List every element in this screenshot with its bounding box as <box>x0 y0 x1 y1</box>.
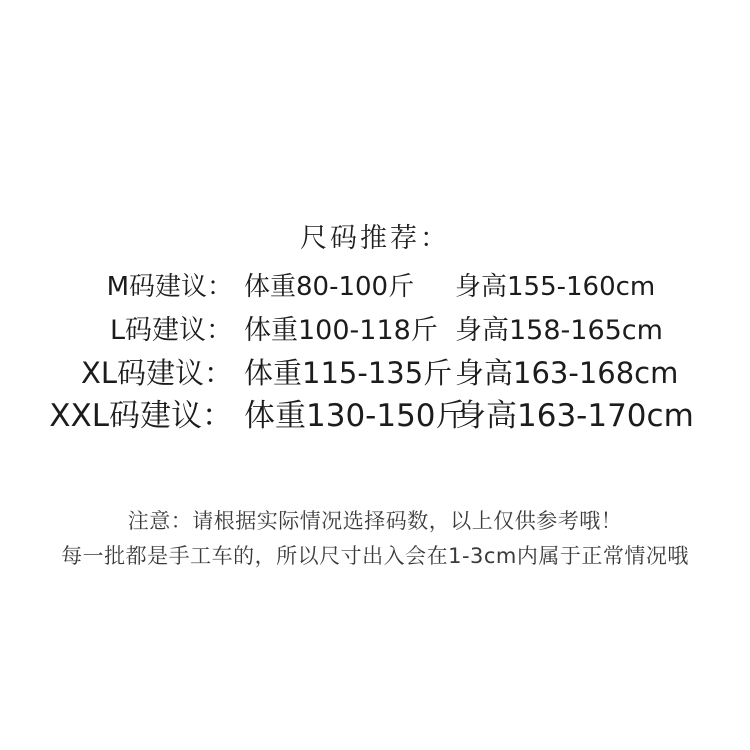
size-chart-image: 尺码推荐： M码建议： 体重80-100斤 身高155-160cm L码建议： … <box>0 0 750 750</box>
size-row-m: M码建议： 体重80-100斤 身高155-160cm <box>0 266 750 309</box>
weight-range: 体重115-135斤 <box>233 352 455 395</box>
size-chart-notes: 注意：请根据实际情况选择码数，以上仅供参考哦！ 每一批都是手工车的，所以尺寸出入… <box>0 504 750 574</box>
size-row-xl: XL码建议： 体重115-135斤 身高163-168cm <box>0 352 750 395</box>
size-label: M码建议： <box>0 266 233 309</box>
note-line-2: 每一批都是手工车的，所以尺寸出入会在1-3cm内属于正常情况哦 <box>0 539 750 574</box>
size-label: L码建议： <box>0 309 233 352</box>
height-range: 身高155-160cm <box>455 266 655 309</box>
weight-range: 体重130-150斤 <box>233 395 455 438</box>
note-line-1: 注意：请根据实际情况选择码数，以上仅供参考哦！ <box>0 504 750 539</box>
height-range: 身高163-170cm <box>455 395 694 438</box>
size-table: M码建议： 体重80-100斤 身高155-160cm L码建议： 体重100-… <box>0 266 750 438</box>
size-label: XXL码建议： <box>0 395 233 438</box>
size-row-l: L码建议： 体重100-118斤 身高158-165cm <box>0 309 750 352</box>
height-range: 身高163-168cm <box>455 352 678 395</box>
size-label: XL码建议： <box>0 352 233 395</box>
size-row-xxl: XXL码建议： 体重130-150斤 身高163-170cm <box>0 395 750 438</box>
weight-range: 体重80-100斤 <box>233 266 455 309</box>
weight-range: 体重100-118斤 <box>233 309 455 352</box>
height-range: 身高158-165cm <box>455 309 663 352</box>
size-chart-title: 尺码推荐： <box>0 221 750 257</box>
